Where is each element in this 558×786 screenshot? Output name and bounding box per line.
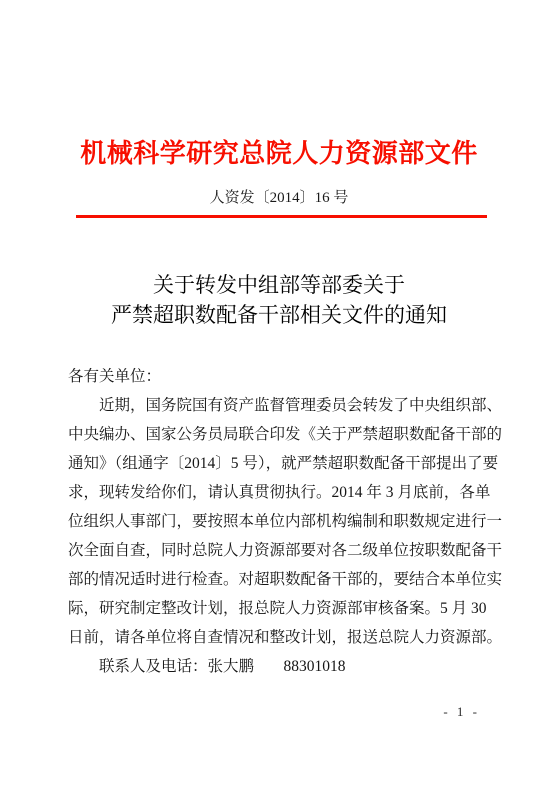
document-title-line-2: 严禁超职数配备干部相关文件的通知 [59, 300, 499, 330]
contact-name: 张大鹏 [208, 658, 255, 675]
document-title-line-1: 关于转发中组部等部委关于 [59, 270, 499, 300]
red-divider-rule [76, 215, 487, 218]
letterhead-title: 机械科学研究总院人力资源部文件 [30, 133, 528, 170]
paragraph-line: 求，现转发给你们，请认真贯彻执行。2014 年 3 月底前，各单 [68, 478, 510, 507]
paragraph-line: 际，研究制定整改计划，报总院人力资源部审核备案。5 月 30 [68, 594, 510, 623]
contact-line: 联系人及电话：张大鹏88301018 [68, 652, 510, 681]
document-body: 各有关单位： 近期，国务院国有资产监督管理委员会转发了中央组织部、 中央编办、国… [68, 362, 510, 681]
paragraph-line: 次全面自查，同时总院人力资源部要对各二级单位按职数配备干 [68, 536, 510, 565]
paragraph-line: 日前，请各单位将自查情况和整改计划，报送总院人力资源部。 [68, 623, 510, 652]
document-number: 人资发〔2014〕16 号 [0, 186, 558, 207]
paragraph-line: 位组织人事部门，要按照本单位内部机构编制和职数规定进行一 [68, 507, 510, 536]
paragraph-line: 通知》（组通字〔2014〕5 号），就严禁超职数配备干部提出了要 [68, 449, 510, 478]
salutation: 各有关单位： [68, 362, 510, 391]
page-number: - 1 - [443, 704, 480, 720]
paragraph-line: 近期，国务院国有资产监督管理委员会转发了中央组织部、 [68, 391, 510, 420]
contact-label: 联系人及电话： [99, 658, 208, 675]
paragraph-line: 中央编办、国家公务员局联合印发《关于严禁超职数配备干部的 [68, 420, 510, 449]
document-page: 机械科学研究总院人力资源部文件 人资发〔2014〕16 号 关于转发中组部等部委… [0, 0, 558, 786]
paragraph-line: 部的情况适时进行检查。对超职数配备干部的，要结合本单位实 [68, 565, 510, 594]
document-title: 关于转发中组部等部委关于 严禁超职数配备干部相关文件的通知 [59, 270, 499, 330]
contact-phone: 88301018 [283, 658, 345, 675]
